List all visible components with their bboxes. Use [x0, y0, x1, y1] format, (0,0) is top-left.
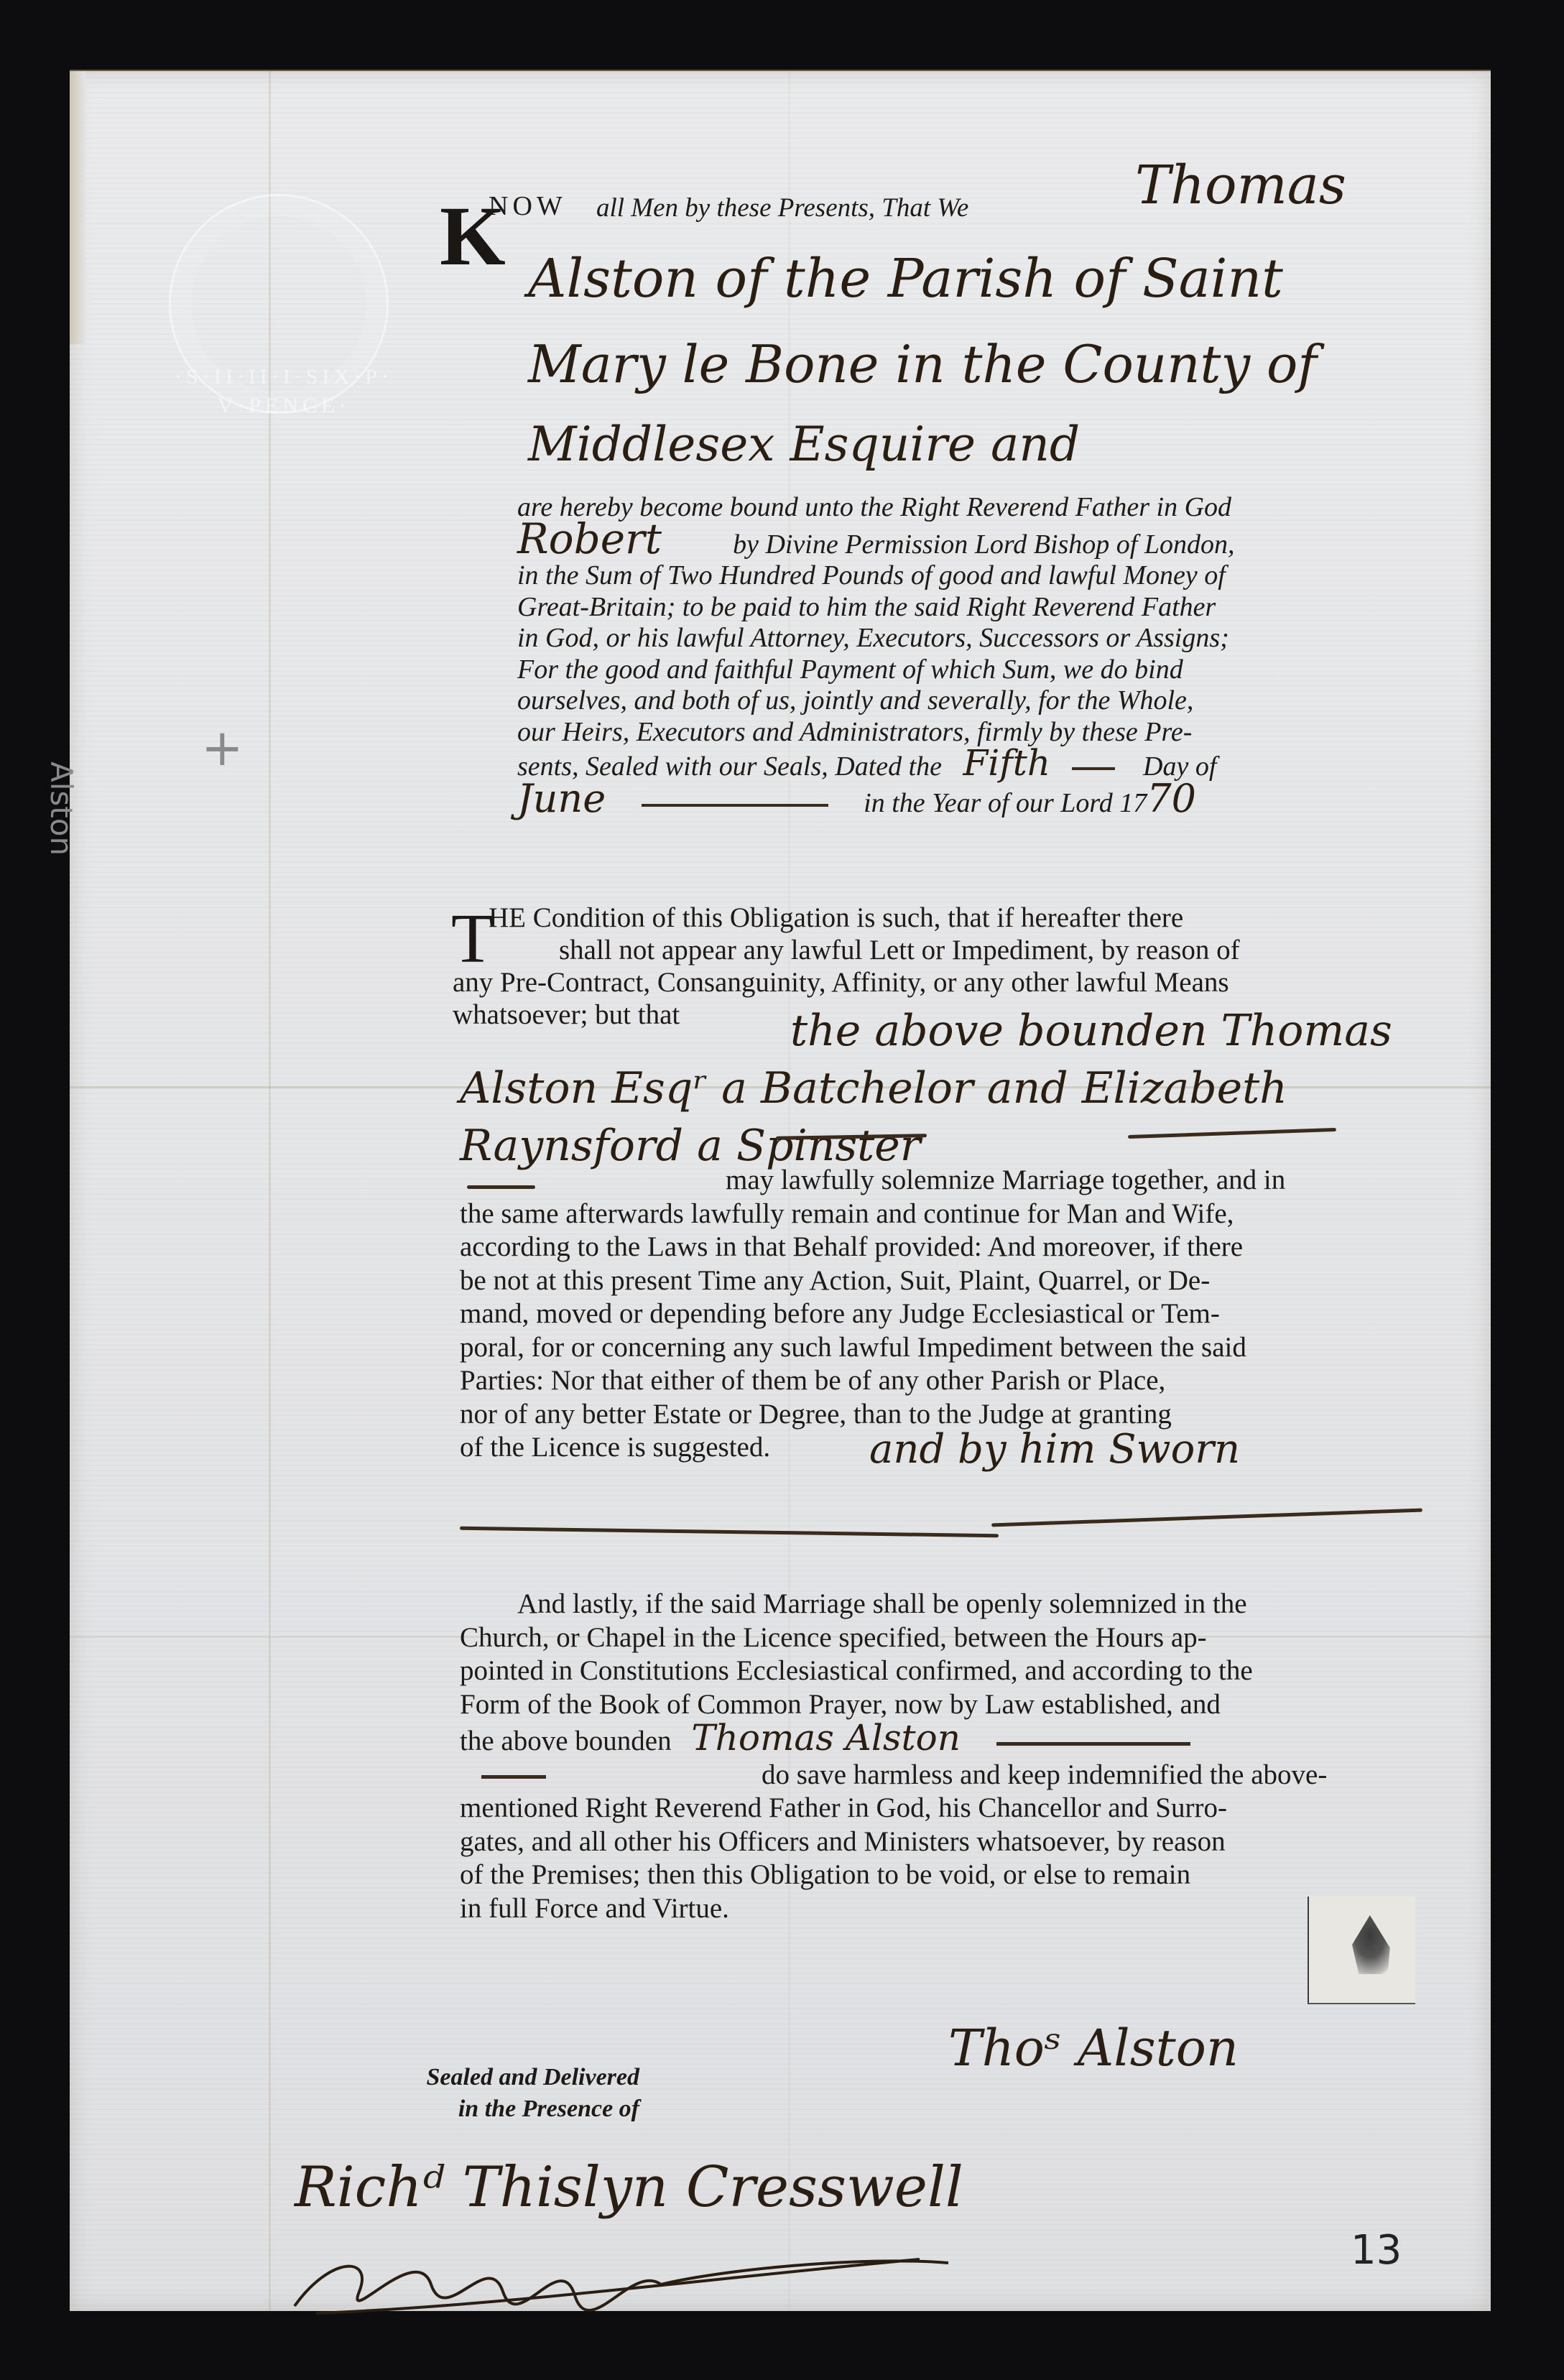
signature-flourish-icon: [287, 2227, 970, 2320]
handwritten-line: the above bounden Thomas: [790, 1006, 1392, 1056]
bond-line: Great-Britain; to be paid to him the sai…: [517, 592, 1422, 624]
bond-line: in the Sum of Two Hundred Pounds of good…: [517, 560, 1422, 592]
seal-patch: [1308, 1897, 1415, 2004]
lastly-line-text: do save harmless and keep indemnified th…: [762, 1759, 1327, 1790]
folio-number: 13: [1351, 2227, 1402, 2274]
condition-line: poral, for or concerning any such lawful…: [460, 1331, 1437, 1365]
handwritten-day: Fifth: [963, 742, 1050, 784]
bond-line: ourselves, and both of us, jointly and s…: [517, 685, 1422, 717]
condition-continued: may lawfully solemnize Marriage together…: [460, 1164, 1437, 1465]
lastly-line: gates, and all other his Officers and Mi…: [460, 1825, 1437, 1859]
condition-line: shall not appear any lawful Lett or Impe…: [474, 934, 1437, 966]
condition-line: the same afterwards lawfully remain and …: [460, 1198, 1437, 1231]
embossed-stamp-text: ·S·II·II·I·SIX·P· V·PENCE·: [169, 363, 399, 420]
condition-line: mand, moved or depending before any Judg…: [460, 1297, 1437, 1331]
lastly-line: the above bounden Thomas Alston: [460, 1721, 1437, 1759]
witness-signature: Richᵈ Thislyn Cresswell: [295, 2155, 963, 2220]
bond-line-text: in the Year of our Lord 17: [864, 788, 1147, 818]
condition-line: any Pre-Contract, Consanguinity, Affinit…: [453, 966, 1437, 999]
handwritten-year-suffix: 70: [1147, 776, 1196, 821]
printed-intro: all Men by these Presents, That We: [596, 193, 968, 223]
bond-line: June in the Year of our Lord 1770: [517, 783, 1422, 820]
handwritten-line: Alston Esqʳ a Batchelor and Elizabeth: [460, 1063, 1287, 1113]
condition-line: be not at this present Time any Action, …: [460, 1264, 1437, 1298]
stamp-line-1: ·S·II·II·I·SIX·P·: [169, 363, 399, 392]
lastly-line: pointed in Constitutions Ecclesiastical …: [460, 1654, 1437, 1688]
witness-label-line: in the Presence of: [374, 2093, 639, 2125]
lastly-line: of the Premises; then this Obligation to…: [460, 1858, 1437, 1892]
bond-line: Robert by Divine Permission Lord Bishop …: [517, 524, 1422, 561]
pencil-vertical-note: Alston: [44, 761, 79, 856]
stamp-line-2: V·PENCE·: [169, 392, 399, 420]
bond-line-text: by Divine Permission Lord Bishop of Lond…: [733, 529, 1234, 560]
bond-line: in God, or his lawful Attorney, Executor…: [517, 623, 1422, 654]
handwritten-line: Mary le Bone in the County of: [528, 334, 1317, 394]
lastly-line: do save harmless and keep indemnified th…: [460, 1759, 1437, 1792]
printed-now: NOW: [489, 190, 567, 222]
witness-label-line: Sealed and Delivered: [374, 2062, 639, 2093]
handwritten-bounden-name: Thomas Alston: [691, 1717, 961, 1759]
wax-seal-icon: [1352, 1915, 1397, 1974]
lastly-line-text: the above bounden: [460, 1726, 672, 1756]
paper-edge-curl: [70, 71, 85, 344]
bond-line: sents, Sealed with our Seals, Dated the …: [517, 748, 1422, 783]
lastly-line: Church, or Chapel in the Licence specifi…: [460, 1621, 1437, 1655]
handwritten-sworn: and by him Sworn: [869, 1426, 1240, 1473]
condition-line: may lawfully solemnize Marriage together…: [460, 1164, 1437, 1198]
handwritten-month: June: [517, 776, 606, 821]
lastly-line: mentioned Right Reverend Father in God, …: [460, 1792, 1437, 1825]
condition-line: HE Condition of this Obligation is such,…: [474, 902, 1437, 934]
bond-paragraph: are hereby become bound unto the Right R…: [517, 492, 1422, 819]
principal-signature: Thoˢ Alston: [948, 2019, 1239, 2078]
lastly-paragraph: And lastly, if the said Marriage shall b…: [460, 1588, 1437, 1925]
witness-label: Sealed and Delivered in the Presence of: [374, 2062, 639, 2125]
handwritten-line: Middlesex Esquire and: [528, 417, 1080, 472]
lastly-line: And lastly, if the said Marriage shall b…: [460, 1588, 1437, 1621]
bond-line: For the good and faithful Payment of whi…: [517, 654, 1422, 686]
pencil-cross-mark: +: [201, 718, 244, 777]
condition-line: according to the Laws in that Behalf pro…: [460, 1231, 1437, 1264]
handwritten-line: Alston of the Parish of Saint: [528, 248, 1283, 310]
condition-line: Parties: Nor that either of them be of a…: [460, 1364, 1437, 1398]
handwritten-bishop-name: Robert: [517, 514, 662, 563]
lastly-line: in full Force and Virtue.: [460, 1892, 1437, 1926]
handwritten-name-first: Thomas: [1135, 154, 1346, 216]
